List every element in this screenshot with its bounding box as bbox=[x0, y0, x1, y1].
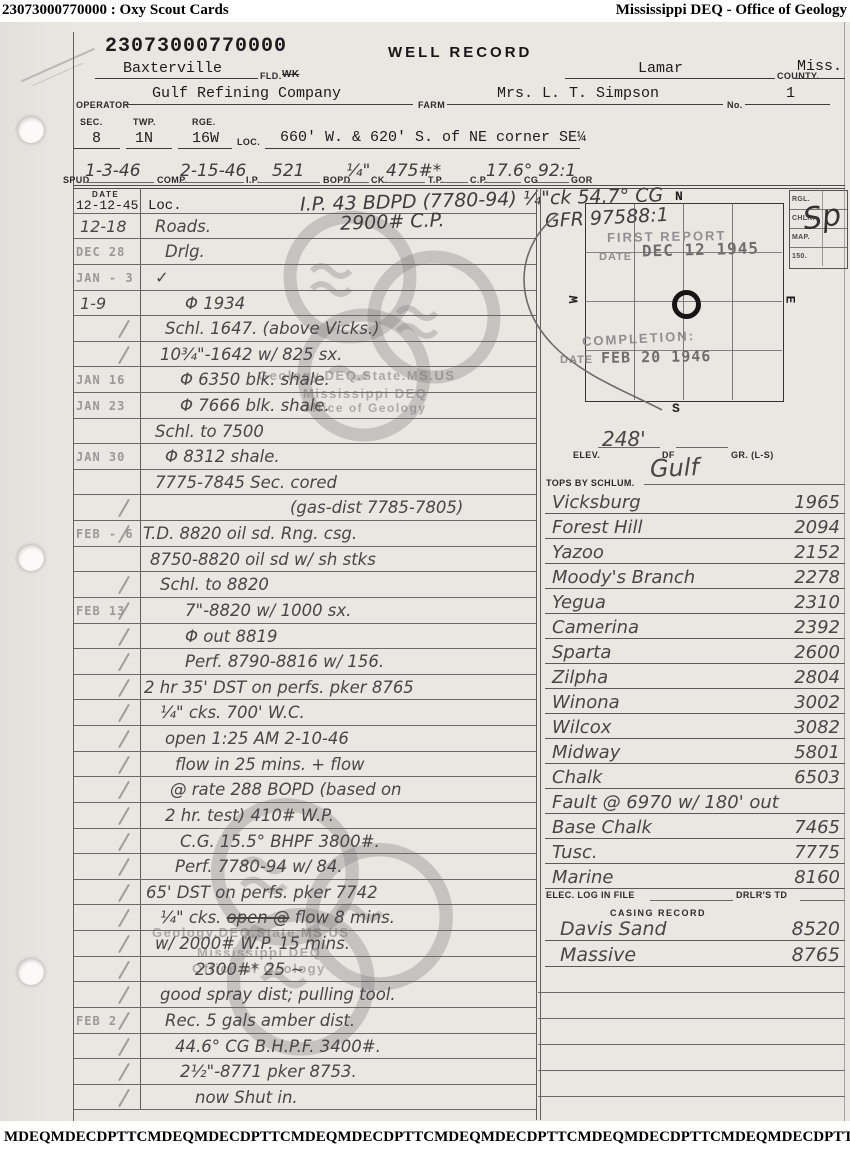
watermark-text: Mississippi DEQ bbox=[303, 386, 427, 401]
operator-label: OPERATOR bbox=[76, 100, 129, 110]
classification-row-label: 150. bbox=[792, 253, 807, 260]
log-date-column-divider bbox=[140, 188, 141, 1110]
form-title: WELL RECORD bbox=[388, 44, 532, 61]
spud-field-label: CG bbox=[524, 175, 538, 185]
header-left-title: 23073000770000 : Oxy Scout Cards bbox=[2, 2, 229, 19]
classification-mark: Sp bbox=[801, 198, 844, 238]
spud-field-label: GOR bbox=[571, 175, 593, 185]
twp-label: TWP. bbox=[133, 117, 156, 127]
footer-token: MDECD bbox=[624, 1129, 681, 1146]
footer-token: PTTC bbox=[251, 1129, 291, 1146]
classification-row: 150. bbox=[790, 248, 847, 266]
spud-field-label: T.P. bbox=[428, 175, 444, 185]
sec-label: SEC. bbox=[80, 117, 103, 127]
plat-east-label: E bbox=[782, 296, 797, 304]
footer-token: PTTC bbox=[824, 1129, 850, 1146]
footer-token: PTTC bbox=[681, 1129, 721, 1146]
location-label: LOC. bbox=[237, 137, 260, 147]
header-right-title: Mississippi DEQ - Office of Geology bbox=[616, 2, 847, 19]
hole-punch bbox=[18, 545, 44, 571]
log-date-header: DATE bbox=[92, 190, 119, 199]
watermark-text: Geology.DEQ.State.MS.US bbox=[258, 368, 456, 383]
spud-field-value: 1-3-46 bbox=[85, 161, 141, 181]
footer-token: MDEQ bbox=[721, 1129, 768, 1146]
farm-value: Mrs. L. T. Simpson bbox=[497, 85, 659, 102]
watermark-text: Geology.DEQ.State.MS.US bbox=[152, 925, 350, 940]
footer-token: MDEQ bbox=[4, 1129, 51, 1146]
top-header-strip: 23073000770000 : Oxy Scout Cards Mississ… bbox=[0, 0, 850, 22]
gr-label: GR. (L-S) bbox=[731, 450, 774, 460]
spud-field-label: I.P. bbox=[246, 175, 260, 185]
footer-token: MDECD bbox=[51, 1129, 108, 1146]
cp-annotation: 2900# C.P. bbox=[340, 209, 445, 235]
drlrs-td-label: DRLR'S TD bbox=[736, 890, 787, 900]
scanned-well-record-card: Geology.DEQ.State.MS.US Mississippi DEQ … bbox=[0, 22, 850, 1121]
farm-label: FARM bbox=[418, 100, 445, 110]
footer-strip: MDEQMDECDPTTCMDEQMDECDPTTCMDEQMDECDPTTCM… bbox=[0, 1121, 850, 1151]
footer-token: MDECD bbox=[194, 1129, 251, 1146]
elec-log-label: ELEC. LOG IN FILE bbox=[546, 890, 635, 900]
footer-token: MDECD bbox=[767, 1129, 824, 1146]
footer-token: PTTC bbox=[107, 1129, 147, 1146]
field-label: FLD. bbox=[260, 71, 282, 81]
footer-token: PTTC bbox=[394, 1129, 434, 1146]
tops-by-schlum-label: TOPS BY SCHLUM. bbox=[546, 478, 635, 488]
card-right-border bbox=[844, 22, 845, 1121]
footer-token: MDECD bbox=[337, 1129, 394, 1146]
location-value: 660' W. & 620' S. of NE corner SE¼ bbox=[280, 129, 586, 146]
county-value: Lamar bbox=[638, 60, 683, 77]
footer-token: MDEQ bbox=[577, 1129, 624, 1146]
watermark-text: Office of Geology bbox=[301, 401, 427, 415]
rge-value: 16W bbox=[192, 130, 219, 147]
footer-token: MDECD bbox=[481, 1129, 538, 1146]
spud-field-value: ¼" bbox=[346, 161, 370, 181]
well-number-label: No. bbox=[727, 100, 743, 110]
spud-field-value: 521 bbox=[272, 161, 304, 181]
footer-token: MDEQ bbox=[434, 1129, 481, 1146]
footer-token: MDEQ bbox=[291, 1129, 338, 1146]
twp-value: 1N bbox=[135, 130, 153, 147]
sec-value: 8 bbox=[92, 130, 101, 147]
tops-by-value: Gulf bbox=[650, 453, 700, 483]
pencil-flourish bbox=[500, 192, 700, 422]
elev-label: ELEV. bbox=[573, 450, 600, 460]
hole-punch bbox=[18, 959, 44, 985]
rge-label: RGE. bbox=[192, 117, 216, 127]
api-number: 23073000770000 bbox=[105, 35, 287, 58]
operator-value: Gulf Refining Company bbox=[152, 85, 341, 102]
footer-token: PTTC bbox=[537, 1129, 577, 1146]
field-name-value: Baxterville bbox=[123, 60, 222, 77]
spud-field-value: 2-15-46 bbox=[180, 161, 246, 181]
card-left-border bbox=[73, 32, 74, 1121]
field-struck-text: WK bbox=[282, 69, 299, 80]
mdeq-watermark-logo bbox=[0, 22, 850, 1121]
well-number-value: 1 bbox=[786, 85, 795, 102]
footer-tokens: MDEQMDECDPTTCMDEQMDECDPTTCMDEQMDECDPTTCM… bbox=[0, 1121, 850, 1146]
casing-record-title: CASING RECORD bbox=[610, 908, 706, 918]
classification-row-divider bbox=[822, 248, 823, 266]
watermark-text: Office of Geology bbox=[192, 961, 326, 976]
scout-card-page: { "page": { "header_left": "230730007700… bbox=[0, 0, 850, 1151]
state-value: Miss. bbox=[797, 58, 842, 75]
watermark-text: Mississippi DEQ bbox=[197, 945, 321, 960]
hole-punch bbox=[18, 117, 44, 143]
footer-token: MDEQ bbox=[147, 1129, 194, 1146]
